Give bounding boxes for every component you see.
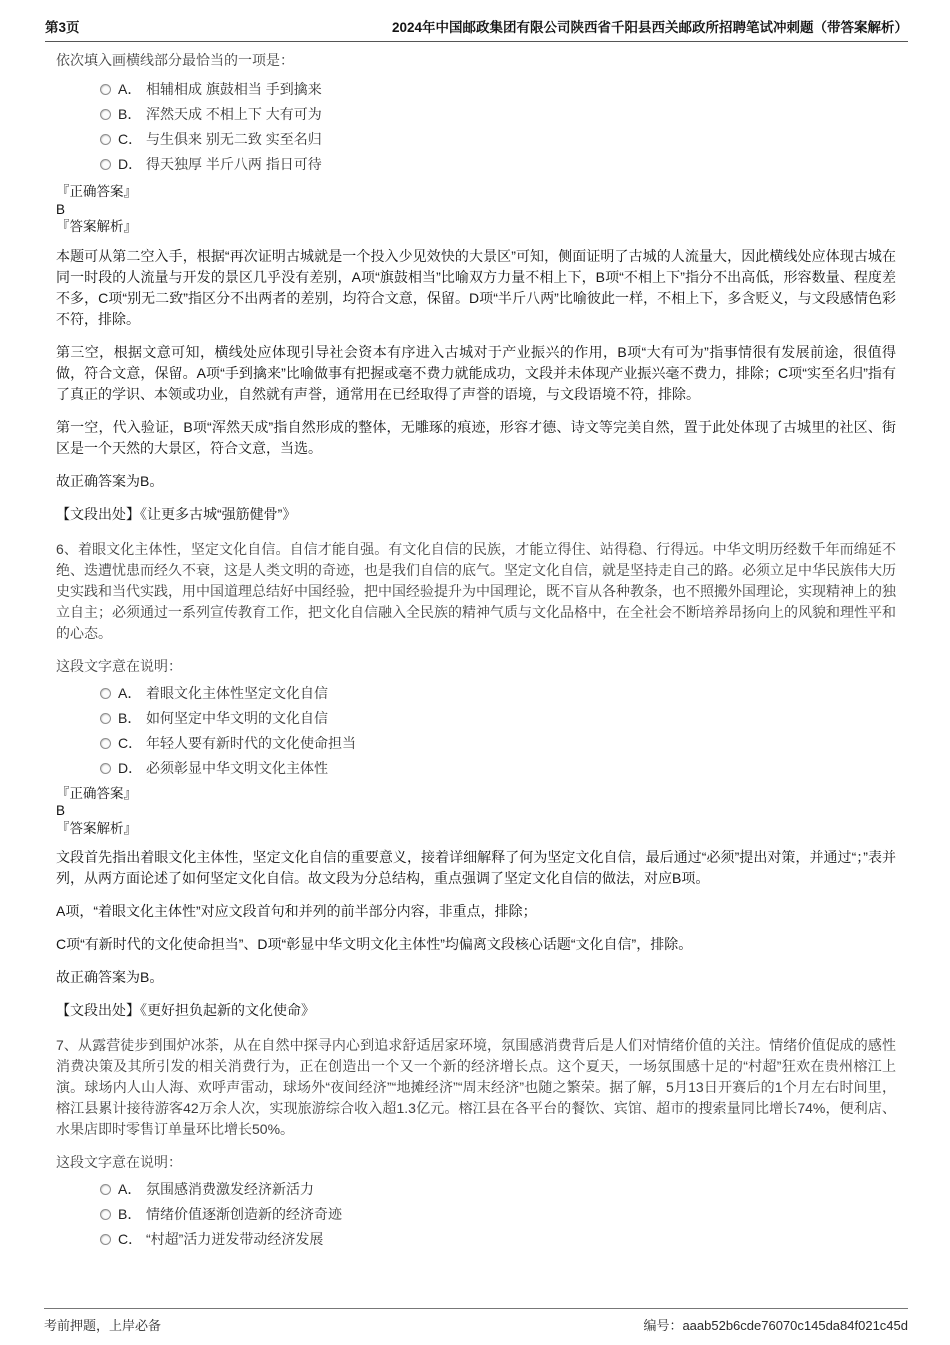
- q5-analysis-paragraph-1: 本题可从第二空入手，根据“再次证明古城就是一个投入少见效快的大景区”可知，侧面证…: [56, 246, 896, 330]
- q6-answer-label: 『正确答案』: [56, 785, 896, 803]
- q5-options: A． 相辅相成 旗鼓相当 手到擒来 B． 浑然天成 不相上下 大有可为 C． 与…: [56, 77, 896, 177]
- q5-answer-value: B: [56, 201, 896, 219]
- option-text: 氛围感消费激发经济新活力: [146, 1179, 314, 1200]
- radio-icon[interactable]: [100, 1184, 111, 1195]
- page-number: 第3页: [45, 16, 80, 36]
- q5-option-a[interactable]: A． 相辅相成 旗鼓相当 手到擒来: [100, 77, 896, 102]
- option-letter: A．: [118, 683, 146, 704]
- q6-option-b[interactable]: B． 如何坚定中华文明的文化自信: [100, 706, 896, 731]
- q6-analysis-paragraph-2: A项，“着眼文化主体性”对应文段首句和并列的前半部分内容，非重点，排除；: [56, 901, 896, 922]
- page-footer: 考前押题，上岸必备 编号：aaab52b6cde76070c145da84f02…: [44, 1308, 908, 1334]
- q5-analysis-label: 『答案解析』: [56, 218, 896, 236]
- option-text: “村超”活力迸发带动经济发展: [146, 1229, 323, 1250]
- document-title: 2024年中国邮政集团有限公司陕西省千阳县西关邮政所招聘笔试冲刺题（带答案解析）: [392, 16, 908, 36]
- q5-source: 【文段出处】《让更多古城“强筋健骨”》: [56, 504, 896, 525]
- q6-option-c[interactable]: C． 年轻人要有新时代的文化使命担当: [100, 731, 896, 756]
- option-letter: A．: [118, 1179, 146, 1200]
- option-letter: C．: [118, 733, 146, 754]
- option-text: 得天独厚 半斤八两 指日可待: [146, 154, 322, 175]
- q6-analysis-label: 『答案解析』: [56, 820, 896, 838]
- q6-analysis-paragraph-3: C项“有新时代的文化使命担当”、D项“彰显中华文明文化主体性”均偏离文段核心话题…: [56, 934, 896, 955]
- exam-document-page: 第3页 2024年中国邮政集团有限公司陕西省千阳县西关邮政所招聘笔试冲刺题（带答…: [0, 0, 950, 1345]
- option-text: 情绪价值逐渐创造新的经济奇迹: [146, 1204, 342, 1225]
- radio-icon[interactable]: [100, 1234, 111, 1245]
- footer-slogan: 考前押题，上岸必备: [44, 1315, 161, 1334]
- q5-stem: 依次填入画横线部分最恰当的一项是：: [56, 50, 896, 71]
- radio-icon[interactable]: [100, 738, 111, 749]
- option-text: 浑然天成 不相上下 大有可为: [146, 104, 322, 125]
- q6-conclusion: 故正确答案为B。: [56, 967, 896, 988]
- option-text: 着眼文化主体性坚定文化自信: [146, 683, 328, 704]
- option-letter: D．: [118, 154, 146, 175]
- radio-icon[interactable]: [100, 109, 111, 120]
- footer-serial-number: 编号：aaab52b6cde76070c145da84f021c45d: [643, 1315, 908, 1334]
- q5-answer-label: 『正确答案』: [56, 183, 896, 201]
- q6-analysis-paragraph-1: 文段首先指出着眼文化主体性，坚定文化自信的重要意义，接着详细解释了何为坚定文化自…: [56, 847, 896, 889]
- page-header: 第3页 2024年中国邮政集团有限公司陕西省千阳县西关邮政所招聘笔试冲刺题（带答…: [45, 16, 908, 42]
- q6-stem: 6、着眼文化主体性，坚定文化自信。自信才能自强。有文化自信的民族，才能立得住、站…: [56, 539, 896, 644]
- option-letter: A．: [118, 79, 146, 100]
- option-text: 与生俱来 别无二致 实至名归: [146, 129, 322, 150]
- q7-option-c[interactable]: C． “村超”活力迸发带动经济发展: [100, 1227, 896, 1252]
- q7-option-a[interactable]: A． 氛围感消费激发经济新活力: [100, 1177, 896, 1202]
- q6-option-d[interactable]: D． 必须彰显中华文明文化主体性: [100, 756, 896, 781]
- q7-option-b[interactable]: B． 情绪价值逐渐创造新的经济奇迹: [100, 1202, 896, 1227]
- option-letter: B．: [118, 1204, 146, 1225]
- q6-answer-value: B: [56, 802, 896, 820]
- q5-analysis-paragraph-2: 第三空，根据文意可知，横线处应体现引导社会资本有序进入古城对于产业振兴的作用，B…: [56, 342, 896, 405]
- document-content: 依次填入画横线部分最恰当的一项是： A． 相辅相成 旗鼓相当 手到擒来 B． 浑…: [56, 50, 896, 1256]
- q6-options: A． 着眼文化主体性坚定文化自信 B． 如何坚定中华文明的文化自信 C． 年轻人…: [56, 681, 896, 781]
- q5-conclusion: 故正确答案为B。: [56, 471, 896, 492]
- radio-icon[interactable]: [100, 159, 111, 170]
- option-text: 如何坚定中华文明的文化自信: [146, 708, 328, 729]
- option-letter: D．: [118, 758, 146, 779]
- q5-option-c[interactable]: C． 与生俱来 别无二致 实至名归: [100, 127, 896, 152]
- q5-option-d[interactable]: D． 得天独厚 半斤八两 指日可待: [100, 152, 896, 177]
- q6-option-a[interactable]: A． 着眼文化主体性坚定文化自信: [100, 681, 896, 706]
- q5-option-b[interactable]: B． 浑然天成 不相上下 大有可为: [100, 102, 896, 127]
- radio-icon[interactable]: [100, 713, 111, 724]
- q7-stem: 7、从露营徒步到围炉冰茶，从在自然中探寻内心到追求舒适居家环境，氛围感消费背后是…: [56, 1035, 896, 1140]
- option-text: 相辅相成 旗鼓相当 手到擒来: [146, 79, 322, 100]
- radio-icon[interactable]: [100, 84, 111, 95]
- radio-icon[interactable]: [100, 688, 111, 699]
- option-letter: C．: [118, 129, 146, 150]
- q7-prompt: 这段文字意在说明：: [56, 1152, 896, 1173]
- radio-icon[interactable]: [100, 134, 111, 145]
- option-letter: B．: [118, 104, 146, 125]
- q6-prompt: 这段文字意在说明：: [56, 656, 896, 677]
- q5-analysis-paragraph-3: 第一空，代入验证，B项“浑然天成”指自然形成的整体，无雕琢的痕迹，形容才德、诗文…: [56, 417, 896, 459]
- q6-source: 【文段出处】《更好担负起新的文化使命》: [56, 1000, 896, 1021]
- radio-icon[interactable]: [100, 1209, 111, 1220]
- option-text: 年轻人要有新时代的文化使命担当: [146, 733, 356, 754]
- option-letter: C．: [118, 1229, 146, 1250]
- q7-options: A． 氛围感消费激发经济新活力 B． 情绪价值逐渐创造新的经济奇迹 C． “村超…: [56, 1177, 896, 1252]
- option-letter: B．: [118, 708, 146, 729]
- q6-answer-block: 『正确答案』 B 『答案解析』: [56, 785, 896, 838]
- q5-answer-block: 『正确答案』 B 『答案解析』: [56, 183, 896, 236]
- radio-icon[interactable]: [100, 763, 111, 774]
- option-text: 必须彰显中华文明文化主体性: [146, 758, 328, 779]
